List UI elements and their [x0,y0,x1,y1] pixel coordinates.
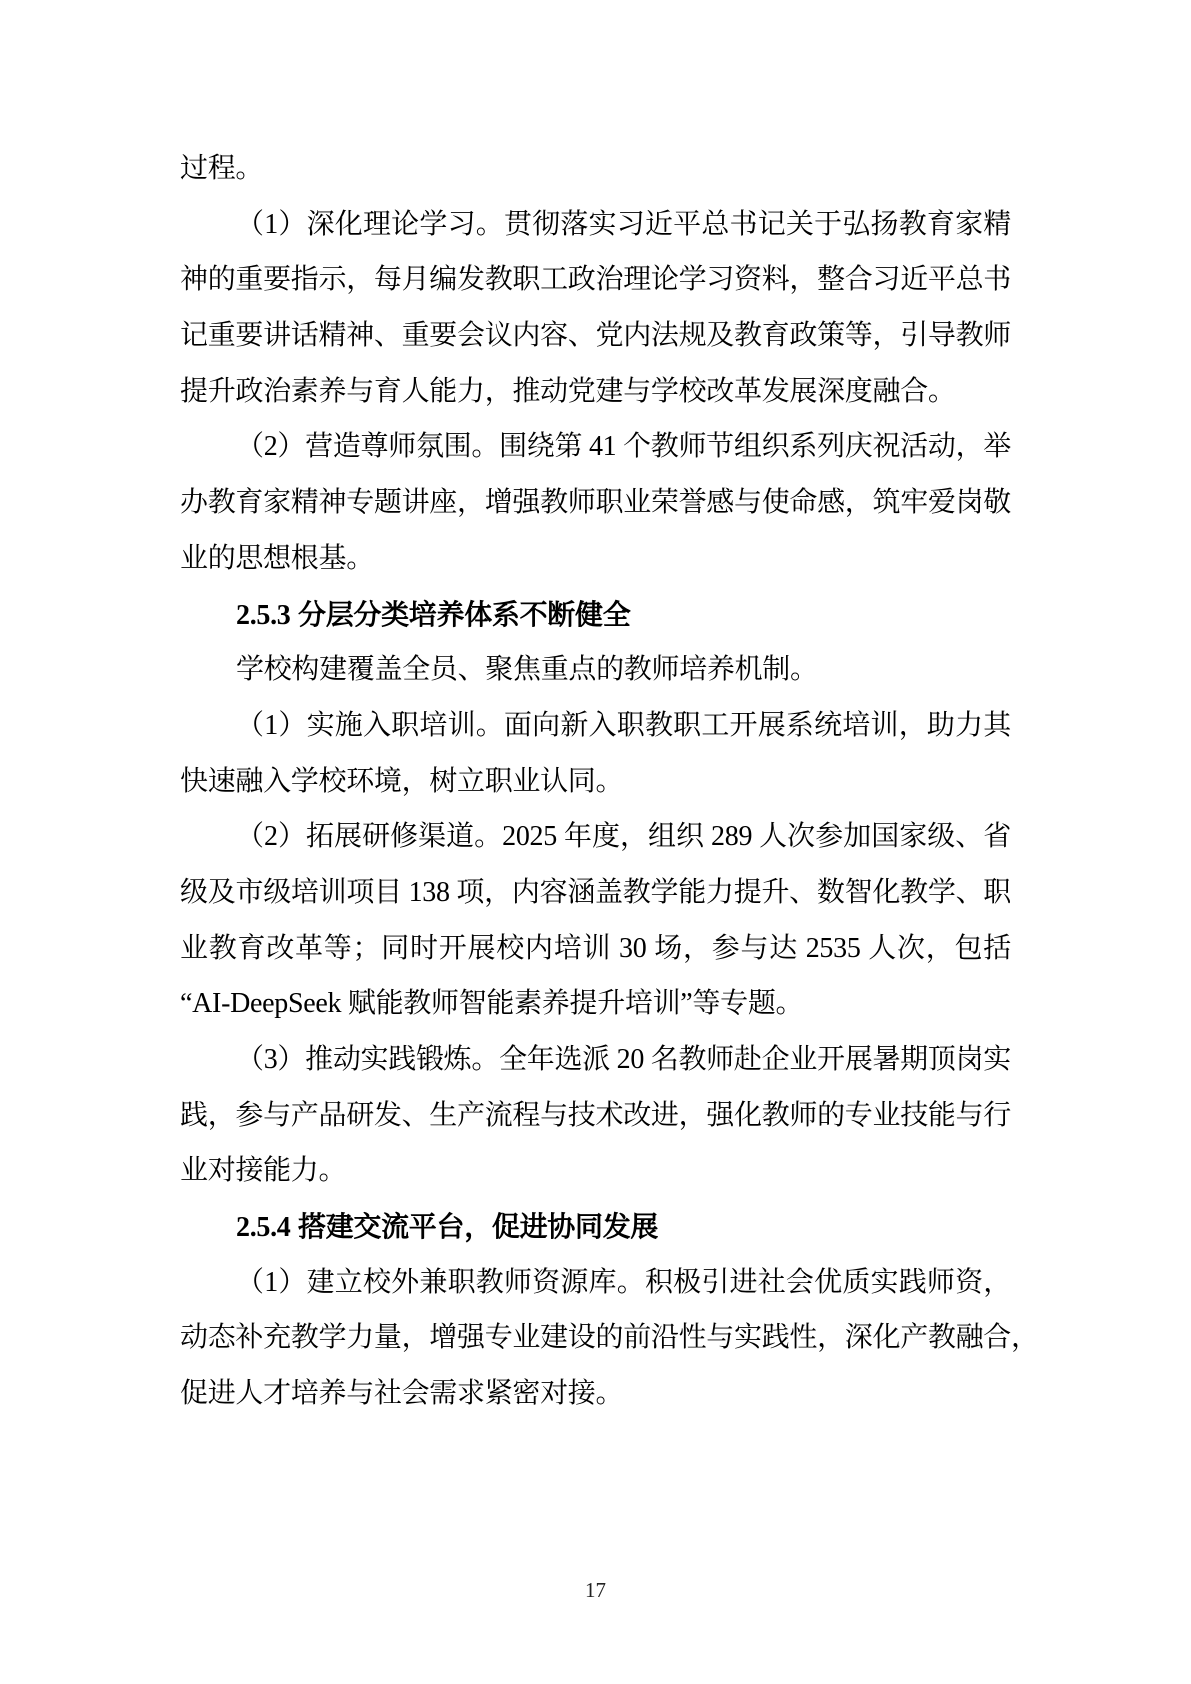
text-line: （2）营造尊师氛围。围绕第 41 个教师节组织系列庆祝活动，举 [180,419,1011,475]
text-line: 过程。 [180,141,1011,197]
document-body: 过程。（1）深化理论学习。贯彻落实习近平总书记关于弘扬教育家精神的重要指示，每月… [180,141,1011,1422]
document-page: 过程。（1）深化理论学习。贯彻落实习近平总书记关于弘扬教育家精神的重要指示，每月… [0,0,1191,1684]
text-line: 业的思想根基。 [180,531,1011,587]
section-title: 搭建交流平台，促进协同发展 [291,1211,659,1242]
text-line: 办教育家精神专题讲座，增强教师职业荣誉感与使命感，筑牢爱岗敬 [180,475,1011,531]
text-line: 级及市级培训项目 138 项，内容涵盖教学能力提升、数智化教学、职 [180,865,1011,921]
page-footer: 17 [0,1576,1191,1604]
section-heading: 2.5.3 分层分类培养体系不断健全 [180,587,1011,643]
page-number: 17 [585,1578,606,1602]
section-number: 2.5.3 [236,600,291,631]
text-line: （3）推动实践锻炼。全年选派 20 名教师赴企业开展暑期顶岗实 [180,1032,1011,1088]
text-line: 记重要讲话精神、重要会议内容、党内法规及教育政策等，引导教师 [180,308,1011,364]
text-line: （2）拓展研修渠道。2025 年度，组织 289 人次参加国家级、省 [180,809,1011,865]
text-line: 业对接能力。 [180,1143,1011,1199]
text-line: 业教育改革等；同时开展校内培训 30 场，参与达 2535 人次，包括 [180,921,1011,977]
section-title: 分层分类培养体系不断健全 [291,599,631,630]
text-line: （1）深化理论学习。贯彻落实习近平总书记关于弘扬教育家精 [180,197,1011,253]
text-line: 提升政治素养与育人能力，推动党建与学校改革发展深度融合。 [180,364,1011,420]
section-number: 2.5.4 [236,1212,291,1243]
section-heading: 2.5.4 搭建交流平台，促进协同发展 [180,1199,1011,1255]
text-line: 学校构建覆盖全员、聚焦重点的教师培养机制。 [180,642,1011,698]
text-line: 神的重要指示，每月编发教职工政治理论学习资料，整合习近平总书 [180,252,1011,308]
text-line: 快速融入学校环境，树立职业认同。 [180,754,1011,810]
text-line: 动态补充教学力量，增强专业建设的前沿性与实践性，深化产教融合， [180,1310,1011,1366]
text-line: 促进人才培养与社会需求紧密对接。 [180,1366,1011,1422]
text-line: （1）建立校外兼职教师资源库。积极引进社会优质实践师资， [180,1255,1011,1311]
text-line: “AI-DeepSeek 赋能教师智能素养提升培训”等专题。 [180,976,1011,1032]
text-line: 践，参与产品研发、生产流程与技术改进，强化教师的专业技能与行 [180,1088,1011,1144]
text-line: （1）实施入职培训。面向新入职教职工开展系统培训，助力其 [180,698,1011,754]
